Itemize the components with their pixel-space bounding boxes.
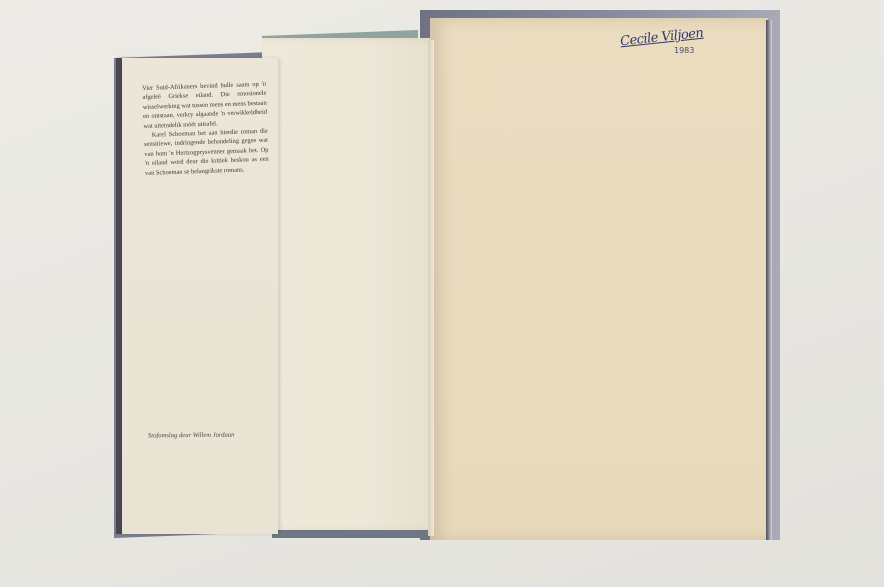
jacket-protector-edge: [766, 20, 772, 540]
blurb-paragraph-2: Karel Schoeman het aan hierdie roman die…: [144, 127, 270, 178]
right-endpaper: [430, 18, 768, 540]
left-endpaper: [262, 38, 440, 532]
blurb-paragraph-1: Vier Suid-Afrikaners bevind hulle saam o…: [142, 80, 268, 131]
book-gutter: [428, 40, 434, 536]
book-photo: Cecile Viljoen 1983 Vier Suid-Afrikaners…: [0, 0, 884, 587]
signature-year: 1983: [674, 46, 694, 55]
flap-blurb: Vier Suid-Afrikaners bevind hulle saam o…: [142, 80, 269, 178]
jacket-design-credit: Stofomslag deur Willem Jordaan: [148, 432, 234, 440]
case-edge-bottom: [272, 530, 434, 538]
dust-jacket-flap: Vier Suid-Afrikaners bevind hulle saam o…: [116, 58, 278, 534]
